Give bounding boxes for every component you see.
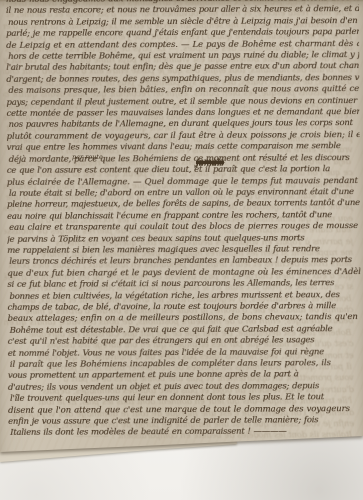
ink-layers: nous nous engageâmes aux montagnes et ar… <box>0 0 363 500</box>
handwriting-line-recto: eau claire et transparente qui coulait t… <box>7 221 360 234</box>
scribbled-out-word: jamais <box>196 158 224 168</box>
letter-paper: nous nous engageâmes aux montagnes et ar… <box>0 0 363 500</box>
handwriting-line-recto: il paraît que les Bohémiens incapables d… <box>8 358 361 371</box>
handwriting-lines: nous nous engageâmes aux montagnes et ar… <box>0 0 363 440</box>
letter-paper-wrap: nous nous engageâmes aux montagnes et ar… <box>0 0 363 500</box>
scanned-letter-page: nous nous engageâmes aux montagnes et ar… <box>0 0 363 500</box>
handwriting-line-recto: Italiens ils dont les modèles de beauté … <box>8 427 361 440</box>
interlinear-insertion-word: par route <box>72 153 103 161</box>
